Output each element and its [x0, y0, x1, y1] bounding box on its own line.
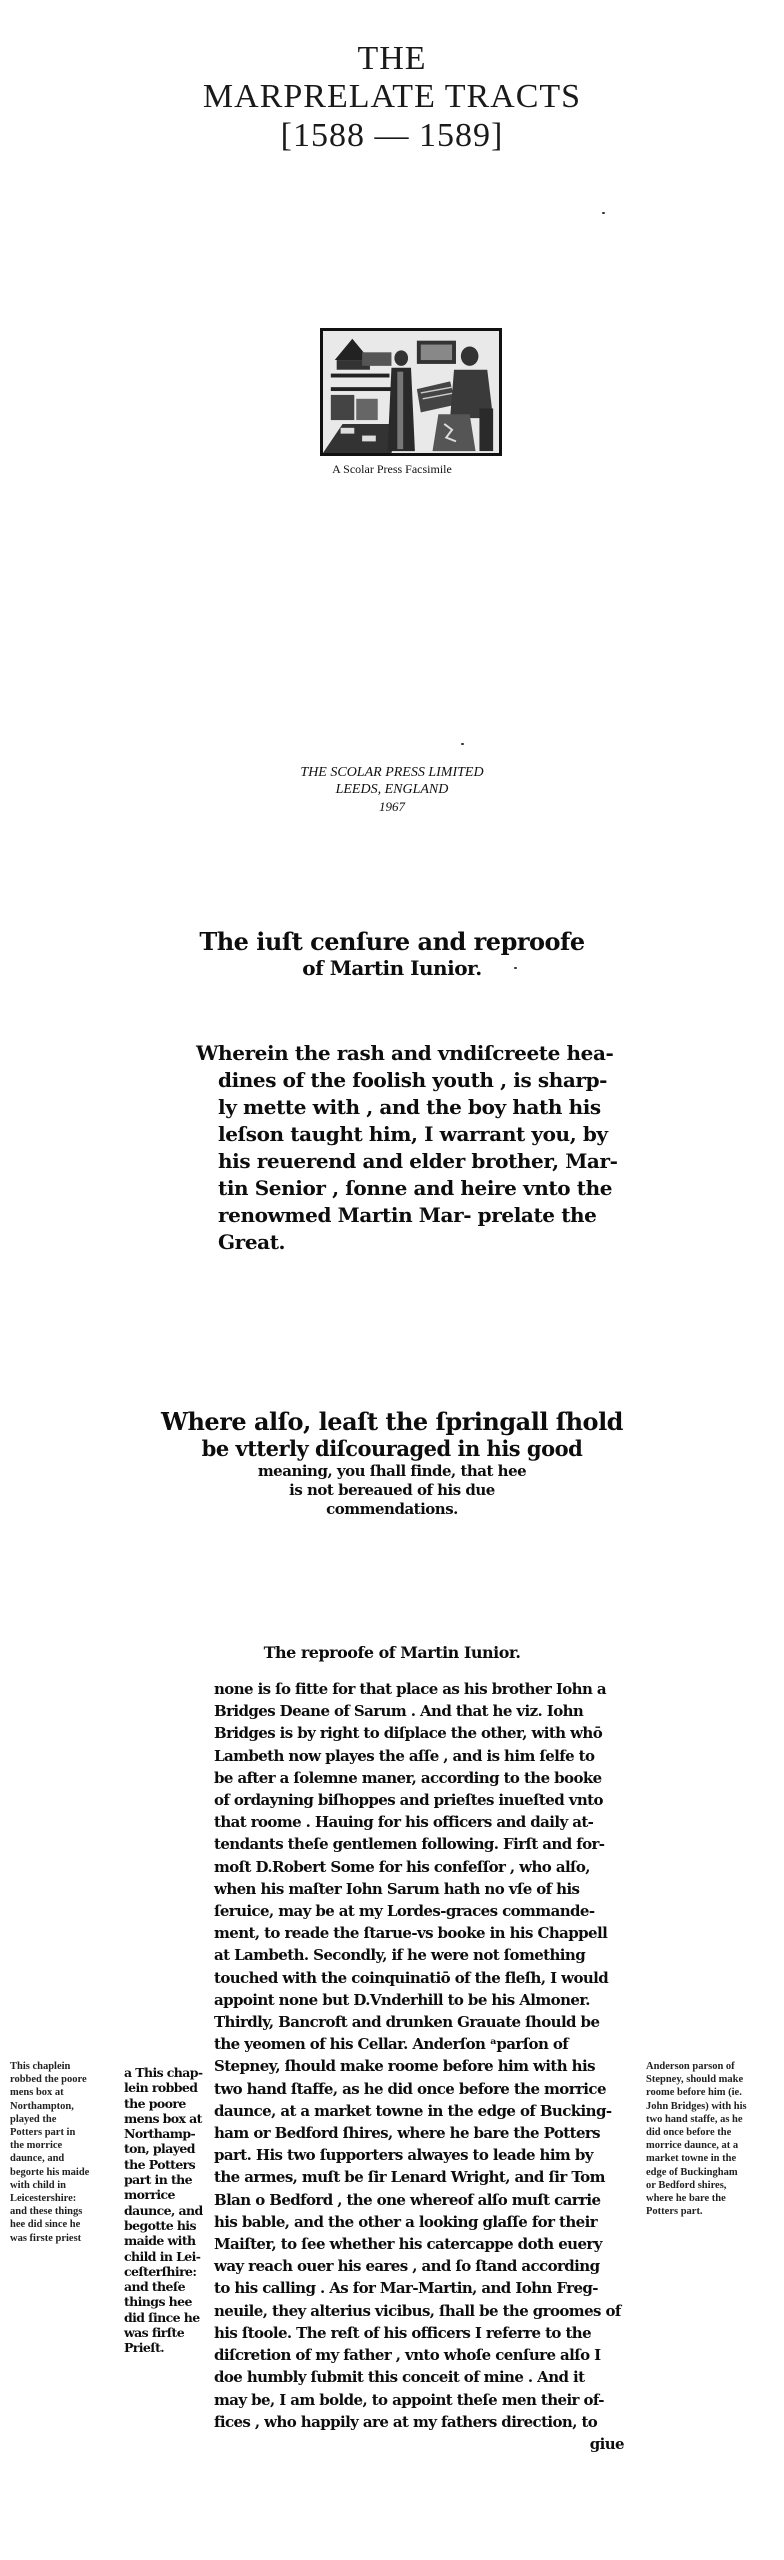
cover-title: THE MARPRELATE TRACTS [1588 — 1589] [0, 40, 784, 156]
body-line: Stepney, ſhould make roome before him wi… [214, 2055, 624, 2077]
body-line: ham or Bedford ſhires, where he bare the… [214, 2122, 624, 2144]
body-line: daunce, at a market towne in the edge of… [214, 2100, 624, 2122]
body-line: that roome . Hauing for his officers and… [214, 1811, 624, 1833]
tract-also-statement: Where alſo, leaſt the ſpringall ſhold be… [0, 1408, 784, 1519]
margin-note-line: daunce, and [124, 2203, 216, 2218]
margin-note-line: a This chap- [124, 2065, 216, 2080]
facsimile-margin-note: a This chap- lein robbed the poore mens … [124, 2065, 216, 2356]
annotation-line: with child in [10, 2179, 110, 2192]
annotation-line: Leicestershire: [10, 2192, 110, 2205]
also-line: is not bereaued of his due [0, 1481, 784, 1500]
margin-note-line: the poore [124, 2096, 216, 2111]
margin-note-line: begotte his [124, 2218, 216, 2233]
tract-heading-line1: The iuſt cenſure and reproofe [0, 928, 784, 955]
annotation-line: hee did since he [10, 2218, 110, 2231]
tract-heading: The iuſt cenſure and reproofe of Martin … [0, 928, 784, 982]
description-line: ly mette with , and the boy hath his [196, 1094, 616, 1121]
body-line: Bridges Deane of Sarum . And that he viz… [214, 1700, 624, 1722]
margin-note-line: things hee [124, 2294, 216, 2309]
body-line: tendants theſe gentlemen following. Firſ… [214, 1833, 624, 1855]
margin-note-line: Prieſt. [124, 2340, 216, 2355]
also-line: be vtterly diſcouraged in his good [0, 1436, 784, 1462]
body-line: part. His two ſupporters alwayes to lead… [214, 2144, 624, 2166]
body-line: neuile, they alterius vicibus, ſhall be … [214, 2300, 624, 2322]
body-line: doe humbly ſubmit this conceit of mine .… [214, 2366, 624, 2388]
margin-note-line: and theſe [124, 2279, 216, 2294]
body-line: his ſtoole. The reſt of his officers I r… [214, 2322, 624, 2344]
body-line: Thirdly, Bancroft and drunken Grauate ſh… [214, 2011, 624, 2033]
margin-note-line: ton, played [124, 2141, 216, 2156]
print-speck [602, 212, 605, 214]
annotation-line: played the [10, 2113, 110, 2126]
margin-note-line: did ſince he [124, 2310, 216, 2325]
annotation-line: where he bare the [646, 2192, 778, 2205]
annotation-line: or Bedford shires, [646, 2179, 778, 2192]
print-speck [514, 967, 517, 969]
body-line: Blan o Bedford , the one whereof alſo mu… [214, 2189, 624, 2211]
body-line: moſt D.Robert Some for his confeſſor , w… [214, 1856, 624, 1878]
annotation-line: and these things [10, 2205, 110, 2218]
body-line: to his calling . As for Mar-Martin, and … [214, 2277, 624, 2299]
description-line: his reuerend and elder brother, Mar- [196, 1148, 616, 1175]
description-line: Wherein the rash and vndiſcreete hea- [196, 1040, 616, 1067]
publication-year: 1967 [0, 798, 784, 815]
description-line: leſson taught him, I warrant you, by [196, 1121, 616, 1148]
margin-note-line: part in the [124, 2172, 216, 2187]
body-line: ment, to reade the ſtarue-vs booke in hi… [214, 1922, 624, 1944]
body-line: may be, I am bolde, to appoint theſe men… [214, 2389, 624, 2411]
tract-heading-line2: of Martin Iunior. [0, 955, 784, 982]
body-line: Maiſter, to ſee whether his catercappe d… [214, 2233, 624, 2255]
annotation-line: market towne in the [646, 2152, 778, 2165]
margin-note-line: morrice [124, 2187, 216, 2202]
annotation-line: robbed the poore [10, 2073, 110, 2086]
annotation-line: Potters part in [10, 2126, 110, 2139]
body-line: the armes, muſt be ſir Lenard Wright, an… [214, 2166, 624, 2188]
left-annotation: This chaplein robbed the poore mens box … [10, 2060, 110, 2245]
annotation-line: the morrice [10, 2139, 110, 2152]
body-line: ſeruice, may be at my Lordes-graces comm… [214, 1900, 624, 1922]
body-line: Bridges is by right to diſplace the othe… [214, 1722, 624, 1744]
right-annotation: Anderson parson of Stepney, should make … [646, 2060, 778, 2218]
margin-note-line: child in Lei- [124, 2249, 216, 2264]
annotation-line: Potters part. [646, 2205, 778, 2218]
body-line: when his maſter Iohn Sarum hath no vſe o… [214, 1878, 624, 1900]
annotation-line: Northampton, [10, 2100, 110, 2113]
print-speck [461, 743, 464, 745]
annotation-line: was firste priest [10, 2232, 110, 2245]
running-head: The reproofe of Martin Iunior. [0, 1643, 784, 1662]
body-line: diſcretion of my father , vnto whoſe cen… [214, 2344, 624, 2366]
annotation-line: Stepney, should make [646, 2073, 778, 2086]
body-line: of ordayning biſhoppes and prieſtes inue… [214, 1789, 624, 1811]
body-line: fices , who happily are at my fathers di… [214, 2411, 624, 2433]
title-the: THE [0, 40, 784, 78]
woodcut-illustration-icon [320, 328, 502, 456]
also-line: Where alſo, leaſt the ſpringall ſhold [0, 1408, 784, 1436]
also-line: meaning, you ſhall finde, that hee [0, 1462, 784, 1481]
body-line: two hand ſtaffe, as he did once before t… [214, 2078, 624, 2100]
annotation-line: daunce, and [10, 2152, 110, 2165]
margin-note-line: maide with [124, 2233, 216, 2248]
margin-note-line: lein robbed [124, 2080, 216, 2095]
margin-note-line: mens box at [124, 2111, 216, 2126]
description-line: renowmed Martin Mar- prelate the [196, 1202, 616, 1229]
description-line: Great. [196, 1229, 616, 1256]
publisher-block: THE SCOLAR PRESS LIMITED LEEDS, ENGLAND … [0, 764, 784, 815]
publisher-location: LEEDS, ENGLAND [0, 781, 784, 798]
annotation-line: roome before him (ie. [646, 2086, 778, 2099]
margin-note-line: Northamp- [124, 2126, 216, 2141]
body-line: none is ſo fitte for that place as his b… [214, 1678, 624, 1700]
title-date-range: [1588 — 1589] [0, 116, 784, 156]
annotation-line: Anderson parson of [646, 2060, 778, 2073]
description-line: dines of the foolish youth , is sharp- [196, 1067, 616, 1094]
facsimile-caption: A Scolar Press Facsimile [0, 462, 784, 477]
annotation-line: edge of Buckingham [646, 2166, 778, 2179]
body-line: at Lambeth. Secondly, if he were not ſom… [214, 1944, 624, 1966]
title-marprelate-tracts: MARPRELATE TRACTS [0, 78, 784, 116]
page-body: none is ſo fitte for that place as his b… [214, 1678, 624, 2455]
annotation-line: two hand staffe, as he [646, 2113, 778, 2126]
annotation-line: morrice daunce, at a [646, 2139, 778, 2152]
catchword: giue [214, 2433, 624, 2455]
annotation-line: begorte his maide [10, 2166, 110, 2179]
body-line: appoint none but D.Vnderhill to be his A… [214, 1989, 624, 2011]
body-line: way reach ouer his eares , and ſo ſtand … [214, 2255, 624, 2277]
annotation-line: This chaplein [10, 2060, 110, 2073]
body-line: touched with the coinquinatiō of the fle… [214, 1967, 624, 1989]
annotation-line: did once before the [646, 2126, 778, 2139]
publisher-name: THE SCOLAR PRESS LIMITED [0, 764, 784, 781]
body-line: his bable, and the other a looking glaſſ… [214, 2211, 624, 2233]
body-line: the yeomen of his Cellar. Anderſon ᵃparſ… [214, 2033, 624, 2055]
annotation-line: mens box at [10, 2086, 110, 2099]
body-line: be after a ſolemne maner, according to t… [214, 1767, 624, 1789]
also-line: commendations. [0, 1500, 784, 1519]
tract-description: Wherein the rash and vndiſcreete hea- di… [196, 1040, 616, 1256]
margin-note-line: the Potters [124, 2157, 216, 2172]
body-line: Lambeth now playes the aſſe , and is him… [214, 1745, 624, 1767]
margin-note-line: ceſterſhire: [124, 2264, 216, 2279]
description-line: tin Senior , ſonne and heire vnto the [196, 1175, 616, 1202]
margin-note-line: was firſte [124, 2325, 216, 2340]
annotation-line: John Bridges) with his [646, 2100, 778, 2113]
